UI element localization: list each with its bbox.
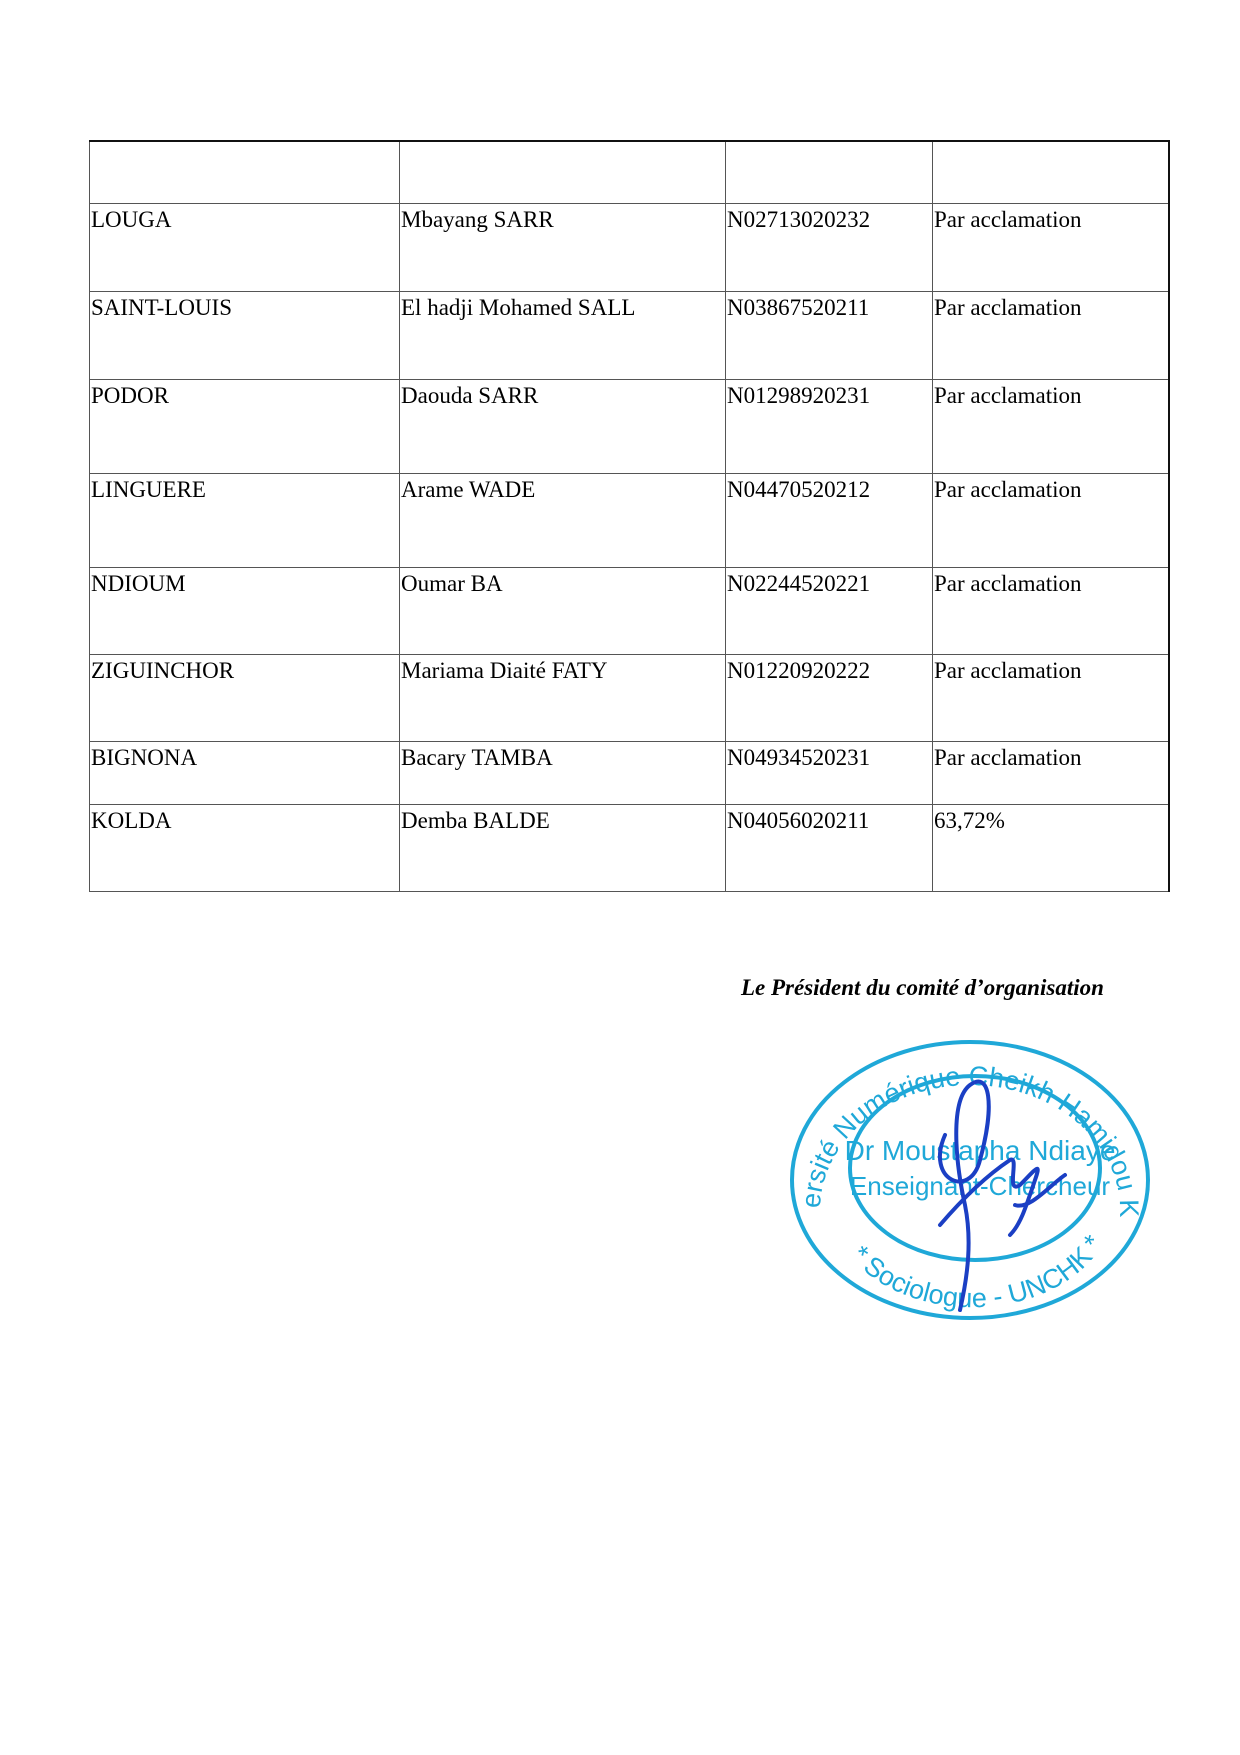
id-cell: N01220920222 <box>726 654 933 741</box>
id-cell: N03867520211 <box>726 291 933 379</box>
result-cell: 63,72% <box>933 804 1169 891</box>
name-cell: Oumar BA <box>400 567 726 654</box>
result-cell: Par acclamation <box>933 379 1169 473</box>
table-header-row <box>90 141 1169 203</box>
id-cell: N02713020232 <box>726 203 933 291</box>
table-row: BIGNONA Bacary TAMBA N04934520231 Par ac… <box>90 741 1169 804</box>
id-cell: N04056020211 <box>726 804 933 891</box>
header-cell <box>726 141 933 203</box>
name-cell: Arame WADE <box>400 473 726 567</box>
table-row: PODOR Daouda SARR N01298920231 Par accla… <box>90 379 1169 473</box>
name-cell: Daouda SARR <box>400 379 726 473</box>
result-cell: Par acclamation <box>933 291 1169 379</box>
locality-cell: BIGNONA <box>90 741 400 804</box>
result-cell: Par acclamation <box>933 567 1169 654</box>
id-cell: N04470520212 <box>726 473 933 567</box>
locality-cell: KOLDA <box>90 804 400 891</box>
id-cell: N01298920231 <box>726 379 933 473</box>
name-cell: Mariama Diaité FATY <box>400 654 726 741</box>
result-cell: Par acclamation <box>933 654 1169 741</box>
table-row: LOUGA Mbayang SARR N02713020232 Par accl… <box>90 203 1169 291</box>
signature-title: Le Président du comité d’organisation <box>741 975 1104 1001</box>
locality-cell: NDIOUM <box>90 567 400 654</box>
header-cell <box>933 141 1169 203</box>
results-table: LOUGA Mbayang SARR N02713020232 Par accl… <box>89 140 1170 892</box>
official-stamp: Université Numérique Cheikh Hamidou Kane… <box>780 1010 1160 1330</box>
locality-cell: SAINT-LOUIS <box>90 291 400 379</box>
header-cell <box>400 141 726 203</box>
locality-cell: PODOR <box>90 379 400 473</box>
name-cell: Demba BALDE <box>400 804 726 891</box>
table-row: LINGUERE Arame WADE N04470520212 Par acc… <box>90 473 1169 567</box>
locality-cell: LINGUERE <box>90 473 400 567</box>
name-cell: Bacary TAMBA <box>400 741 726 804</box>
table-row: SAINT-LOUIS El hadji Mohamed SALL N03867… <box>90 291 1169 379</box>
name-cell: El hadji Mohamed SALL <box>400 291 726 379</box>
locality-cell: LOUGA <box>90 203 400 291</box>
locality-cell: ZIGUINCHOR <box>90 654 400 741</box>
name-cell: Mbayang SARR <box>400 203 726 291</box>
result-cell: Par acclamation <box>933 203 1169 291</box>
header-cell <box>90 141 400 203</box>
result-cell: Par acclamation <box>933 741 1169 804</box>
table-row: KOLDA Demba BALDE N04056020211 63,72% <box>90 804 1169 891</box>
table-row: ZIGUINCHOR Mariama Diaité FATY N01220920… <box>90 654 1169 741</box>
id-cell: N02244520221 <box>726 567 933 654</box>
table-row: NDIOUM Oumar BA N02244520221 Par acclama… <box>90 567 1169 654</box>
result-cell: Par acclamation <box>933 473 1169 567</box>
id-cell: N04934520231 <box>726 741 933 804</box>
